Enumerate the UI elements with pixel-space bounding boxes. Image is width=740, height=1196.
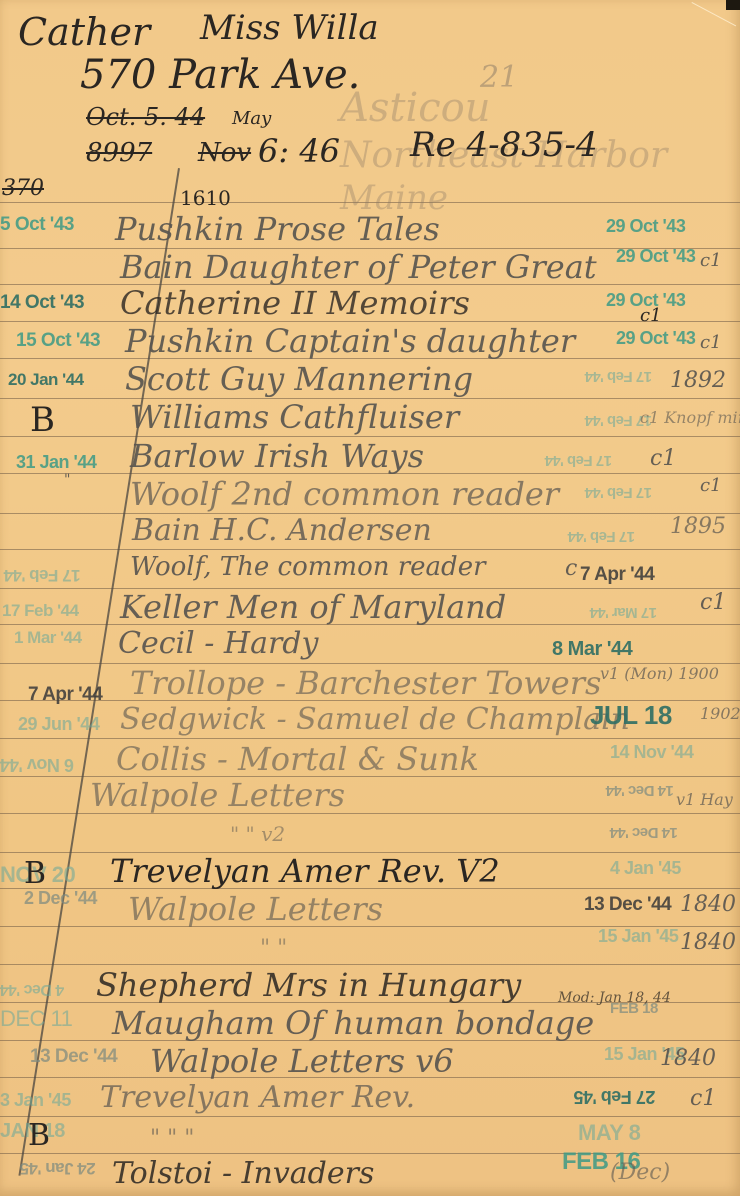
patron-address: 570 Park Ave. xyxy=(80,52,360,98)
right-date-stamp: MAY 8 xyxy=(578,1120,640,1146)
left-date-stamp-inverted: 4 Dec '44 xyxy=(0,980,64,998)
book-entry-title: Walpole Letters v6 xyxy=(150,1042,454,1080)
book-entry-title-ditto: " " v2 xyxy=(230,822,285,846)
publisher-note: c1 Knopf mind xyxy=(640,408,740,427)
copy-note: c1 xyxy=(700,590,726,615)
copy-note: c xyxy=(565,556,577,581)
copy-note: c1 xyxy=(700,250,722,271)
account-number: 1610 xyxy=(180,186,231,210)
book-entry-title: Bain H.C. Andersen xyxy=(132,513,432,548)
copy-note: c1 xyxy=(640,305,662,326)
left-date-stamp: 20 Jan '44 xyxy=(8,370,84,390)
right-date-stamp: 8 Mar '44 xyxy=(552,638,632,661)
left-date-stamp-inverted: 24 Jan '45 xyxy=(20,1158,96,1178)
left-date-stamp: 31 Jan '44 xyxy=(16,452,96,473)
edition-note: v1 (Mon) 1900 xyxy=(600,664,719,683)
year-note: 1902 xyxy=(700,704,740,723)
copy-note: c1 xyxy=(690,1086,716,1111)
right-date-stamp: 15 Jan '45 xyxy=(598,926,678,947)
book-entry-title: Keller Men of Maryland xyxy=(120,588,506,626)
rule-line xyxy=(0,738,740,739)
book-entry-title: Barlow Irish Ways xyxy=(130,437,424,475)
right-date-stamp-inverted: 14 Dec '44 xyxy=(610,824,678,841)
rule-line xyxy=(0,549,740,550)
book-entry-title: Trevelyan Amer Rev. xyxy=(100,1080,415,1115)
address-extra: 21 xyxy=(480,60,518,95)
right-date-stamp-inverted: 27 Feb '45 xyxy=(574,1086,655,1107)
year-note: 1840 xyxy=(680,930,736,955)
right-date-stamp-inverted: 17 Feb '44 xyxy=(585,484,652,501)
left-date-stamp: 1 Mar '44 xyxy=(14,628,82,648)
crossed-number: 8997 xyxy=(86,138,152,168)
book-entry-title-ditto: " " xyxy=(260,936,287,961)
left-date-stamp: 13 Dec '44 xyxy=(30,1046,117,1068)
date-prefix: May xyxy=(232,108,271,129)
right-date-stamp: 4 Jan '45 xyxy=(610,858,681,879)
patron-given-name: Miss Willa xyxy=(200,8,379,48)
book-entry-title: Maugham Of human bondage xyxy=(112,1004,594,1042)
left-date-stamp: 15 Oct '43 xyxy=(16,330,100,352)
book-entry-title: Scott Guy Mannering xyxy=(125,360,473,398)
year-note: 1892 xyxy=(670,368,726,393)
left-date-stamp-inverted: 17 Feb '44 xyxy=(4,565,81,585)
book-entry-title: Cecil - Hardy xyxy=(118,626,318,661)
year-note: 1895 xyxy=(670,514,726,539)
book-entry-title: Pushkin Captain's daughter xyxy=(125,322,575,360)
book-entry-title: Trevelyan Amer Rev. V2 xyxy=(110,852,500,890)
right-date-stamp-inverted: 17 Mar '44 xyxy=(590,604,657,621)
left-mark-b: B xyxy=(28,1118,50,1153)
right-date-stamp: 7 Apr '44 xyxy=(580,564,654,586)
account-number-crossed: 370 xyxy=(2,176,44,201)
right-date-stamp-inverted: 17 Feb '44 xyxy=(585,368,652,385)
left-date-stamp: 5 Oct '43 xyxy=(0,214,74,236)
volume-note: v1 Hay xyxy=(676,790,733,809)
phone-number: Re 4-835-4 xyxy=(410,125,598,165)
right-date-stamp-inverted: 14 Dec '44 xyxy=(606,782,674,799)
book-entry-title: Walpole Letters xyxy=(90,776,345,814)
right-date-stamp: 29 Oct '43 xyxy=(616,246,695,267)
card-corner-tear xyxy=(726,0,740,10)
crossed-month: Nov xyxy=(198,138,251,168)
copy-note: c1 xyxy=(700,475,722,496)
left-date-stamp: 2 Dec '44 xyxy=(24,888,97,909)
left-ditto-mark: " xyxy=(64,472,70,488)
book-entry-title: Trollope - Barchester Towers xyxy=(130,664,601,702)
left-mark-b: B xyxy=(24,856,46,891)
book-entry-title: Bain Daughter of Peter Great xyxy=(120,248,597,286)
right-date-stamp-inverted: 17 Feb '44 xyxy=(545,452,612,469)
left-date-stamp: DEC 11 xyxy=(0,1006,72,1032)
right-date-stamp-inverted: 17 Feb '44 xyxy=(568,528,635,545)
left-date-stamp: 29 Jun '44 xyxy=(18,714,99,735)
book-entry-title: Pushkin Prose Tales xyxy=(115,210,440,248)
book-entry-title: Catherine II Memoirs xyxy=(120,284,470,322)
year-note: 1840 xyxy=(680,892,736,917)
right-date-stamp: 13 Dec '44 xyxy=(584,894,671,916)
book-entry-title: Collis - Mortal & Sunk xyxy=(116,740,479,778)
rule-line xyxy=(0,964,740,965)
book-entry-title: Shepherd Mrs in Hungary xyxy=(96,966,521,1004)
right-date-stamp: 29 Oct '43 xyxy=(606,216,685,237)
modification-note: Mod: Jan 18, 44 xyxy=(558,990,671,1006)
book-entry-title: Sedgwick - Samuel de Champlain xyxy=(120,702,630,737)
year-note: 1840 xyxy=(660,1046,716,1071)
copy-note: c1 xyxy=(700,332,722,353)
right-date-stamp: 14 Nov '44 xyxy=(610,742,693,763)
book-entry-title: Woolf, The common reader xyxy=(130,552,486,582)
left-date-stamp: 14 Oct '43 xyxy=(0,292,84,314)
left-date-stamp: 7 Apr '44 xyxy=(28,684,102,706)
rule-line xyxy=(0,1116,740,1117)
return-note: (Dec) xyxy=(610,1160,670,1185)
book-entry-title: Walpole Letters xyxy=(128,890,383,928)
book-entry-title: Woolf 2nd common reader xyxy=(130,475,559,513)
patron-surname: Cather xyxy=(18,10,150,54)
right-date-stamp: JUL 18 xyxy=(590,700,672,731)
left-mark-b: B xyxy=(30,400,55,440)
left-date-stamp: 17 Feb '44 xyxy=(2,601,79,621)
copy-note: c1 xyxy=(650,446,676,471)
left-date-stamp: 3 Jan '45 xyxy=(0,1090,71,1111)
book-entry-title: Williams Cathfluiser xyxy=(130,398,459,436)
renewal-date: 6: 46 xyxy=(258,132,340,170)
left-date-stamp-inverted: 6 Nov '44 xyxy=(0,754,74,775)
crossed-date: Oct. 5. 44 xyxy=(86,103,205,131)
library-record-card: Asticou Northeast Harbor Maine Cather Mi… xyxy=(0,0,740,1196)
book-entry-title: Tolstoi - Invaders xyxy=(112,1156,374,1191)
book-entry-title-ditto: " " " xyxy=(150,1126,194,1151)
right-date-stamp: 29 Oct '43 xyxy=(616,328,695,349)
